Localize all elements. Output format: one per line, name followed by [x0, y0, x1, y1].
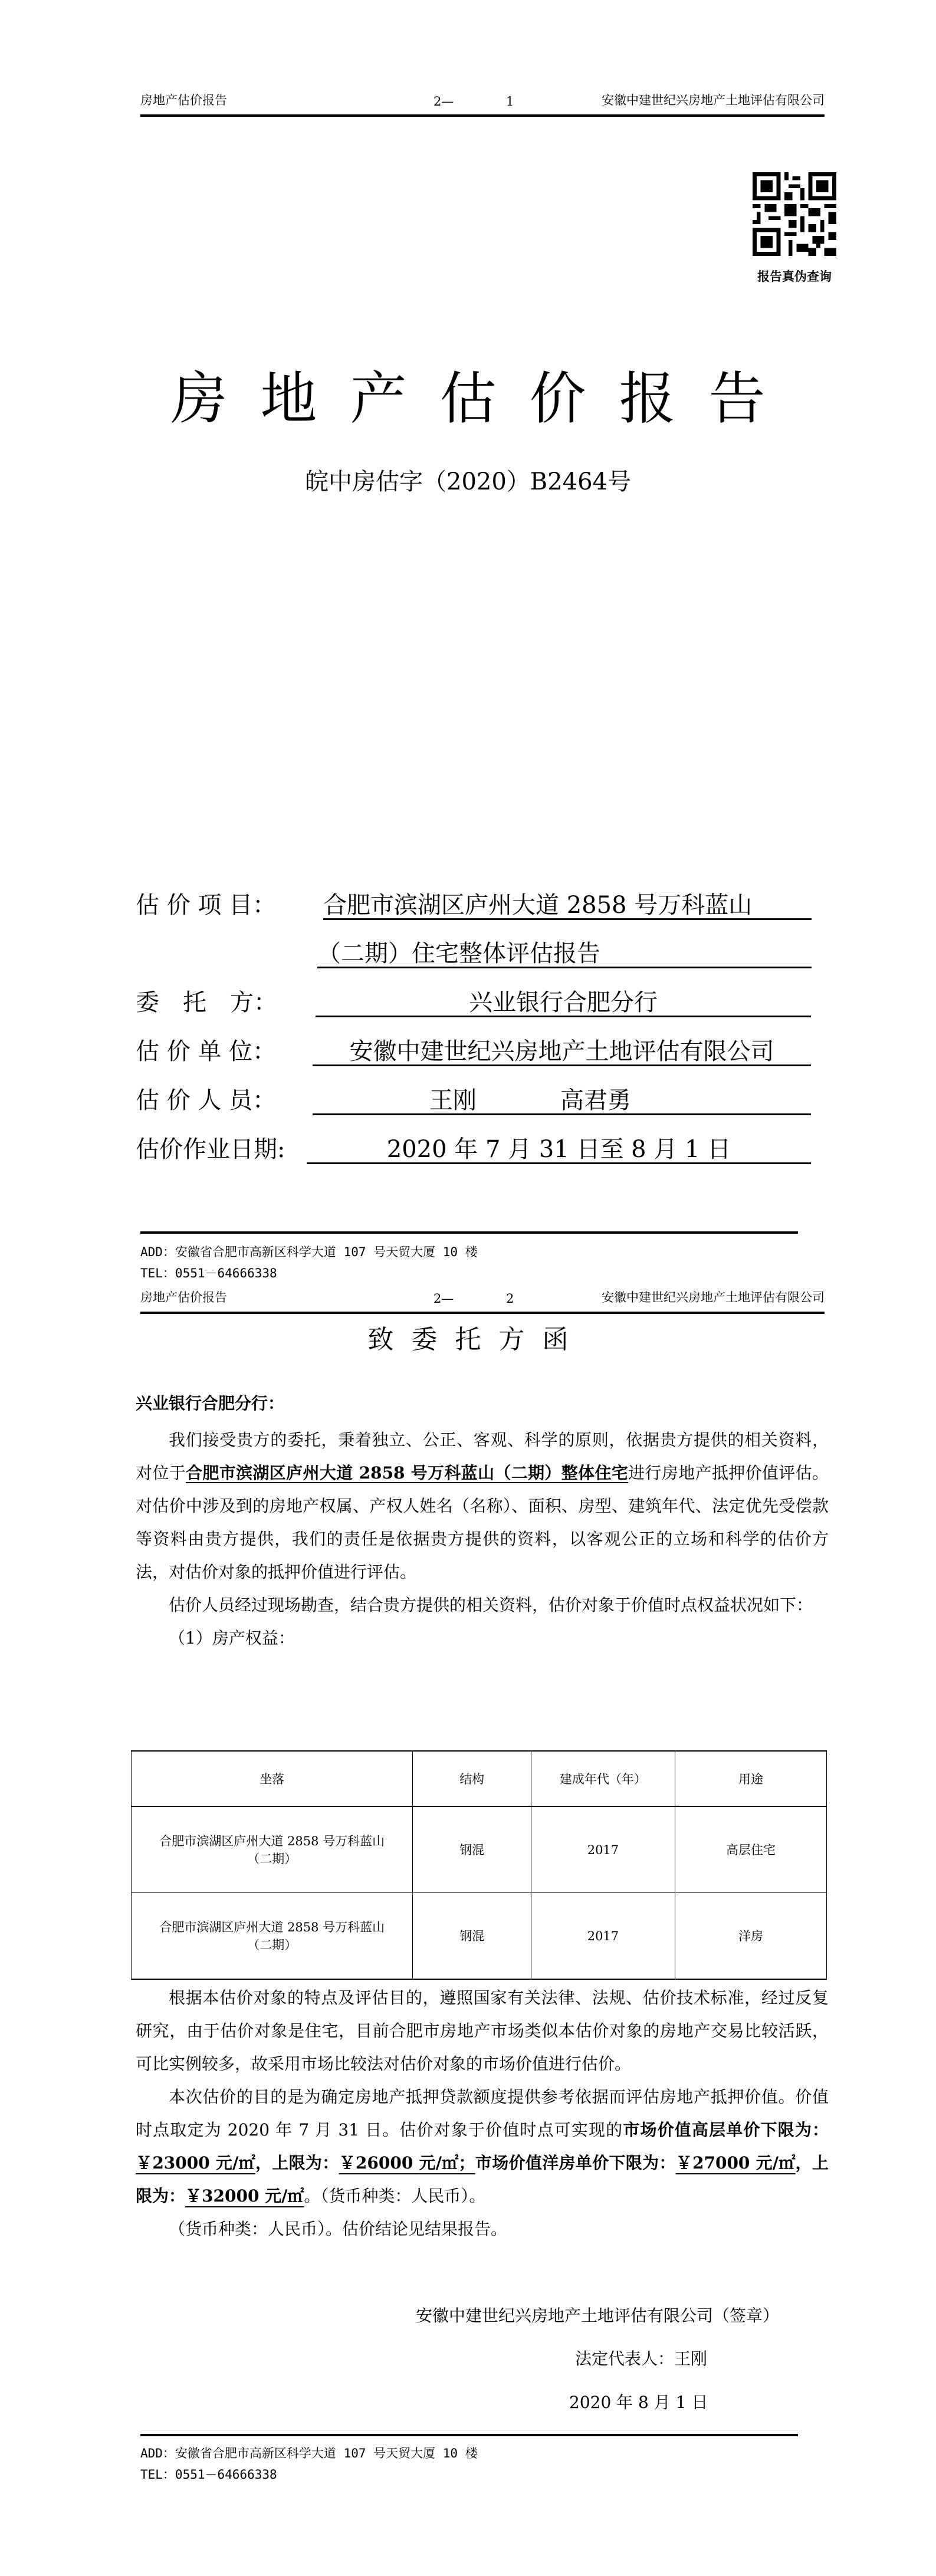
field-client-value: 兴业银行合肥分行 — [316, 984, 811, 1017]
field-work-date-value: 2020 年 7 月 31 日至 8 月 1 日 — [307, 1131, 811, 1164]
cell-location: 合肥市滨湖区庐州大道 2858 号万科蓝山（二期） — [132, 1893, 413, 1980]
cell-use: 洋房 — [675, 1893, 826, 1980]
appraiser-name-1: 王刚 — [429, 1082, 477, 1115]
cell-use: 高层住宅 — [675, 1806, 826, 1893]
cell-location: 合肥市滨湖区庐州大道 2858 号万科蓝山（二期） — [132, 1806, 413, 1893]
letter-body-top: 兴业银行合肥分行： 我们接受贵方的委托，秉着独立、公正、客观、科学的原则，依据贵… — [136, 1387, 829, 1655]
page2-footer-divider — [140, 2434, 798, 2436]
letter-body-bottom: 根据本估价对象的特点及评估目的，遵照国家有关法律、法规、估价技术标准，经过反复研… — [136, 1982, 829, 2246]
field-project-value-line2: （二期）住宅整体评估报告 — [317, 935, 812, 968]
header-page-number: 2 — [506, 1292, 514, 1306]
villa-upper-value: ￥32000 元/㎡ — [185, 2186, 304, 2206]
villa-lower-value: ￥27000 元/㎡ — [676, 2153, 796, 2173]
highrise-upper-label: ，上限为： — [255, 2153, 339, 2173]
cell-structure: 钢混 — [413, 1806, 531, 1893]
col-use: 用途 — [675, 1751, 826, 1806]
highrise-lower-value: ￥23000 元/㎡ — [136, 2153, 255, 2173]
table-row: 合肥市滨湖区庐州大道 2858 号万科蓝山（二期） 钢混 2017 高层住宅 — [132, 1806, 827, 1893]
field-project-value-line1: 合肥市滨湖区庐州大道 2858 号万科蓝山 — [323, 886, 812, 920]
col-structure: 结构 — [413, 1751, 531, 1806]
table-header-row: 坐落 结构 建成年代（年） 用途 — [132, 1751, 827, 1806]
field-appraisers: 估 价 人 员： 王刚 高君勇 — [136, 1082, 832, 1117]
field-project-label: 估 价 项 目： — [136, 886, 276, 920]
page1-footer: ADD：安徽省合肥市高新区科学大道 107 号天贸大厦 10 楼 TEL：055… — [140, 1241, 478, 1284]
page2-header: 房地产估价报告 2— 2 安徽中建世纪兴房地产土地评估有限公司 — [140, 1280, 825, 1314]
col-year: 建成年代（年） — [531, 1751, 675, 1806]
header-doc-type: 房地产估价报告 — [140, 1288, 227, 1306]
field-work-date: 估价作业日期: 2020 年 7 月 31 日至 8 月 1 日 — [136, 1131, 832, 1166]
appraiser-name-2: 高君勇 — [560, 1082, 631, 1115]
paragraph-1: 我们接受贵方的委托，秉着独立、公正、客观、科学的原则，依据贵方提供的相关资料，对… — [136, 1424, 829, 1589]
header-page-prefix: 2— — [433, 1292, 454, 1306]
location-line1: 合肥市滨湖区庐州大道 2858 号万科蓝山 — [132, 1832, 412, 1850]
highrise-lower-label: 市场价值高层单价下限为： — [623, 2120, 829, 2140]
page2-footer: ADD：安徽省合肥市高新区科学大道 107 号天贸大厦 10 楼 TEL：055… — [140, 2443, 478, 2485]
signature-date: 2020 年 8 月 1 日 — [569, 2390, 708, 2413]
cell-year: 2017 — [531, 1893, 675, 1980]
paragraph-5: （货币种类：人民币）。估价结论见结果报告。 — [136, 2213, 829, 2246]
header-page-prefix: 2— — [433, 94, 454, 109]
paragraph-3: 根据本估价对象的特点及评估目的，遵照国家有关法律、法规、估价技术标准，经过反复研… — [136, 1982, 829, 2081]
page1-header: 房地产估价报告 2— 1 安徽中建世纪兴房地产土地评估有限公司 — [140, 83, 825, 117]
letter-title: 致委托方函 — [0, 1318, 936, 1356]
col-location: 坐落 — [132, 1751, 413, 1806]
table-row: 合肥市滨湖区庐州大道 2858 号万科蓝山（二期） 钢混 2017 洋房 — [132, 1893, 827, 1980]
signature-legal-rep: 法定代表人：王刚 — [575, 2346, 707, 2370]
header-company: 安徽中建世纪兴房地产土地评估有限公司 — [602, 91, 825, 109]
footer-address: ADD：安徽省合肥市高新区科学大道 107 号天贸大厦 10 楼 — [140, 1241, 478, 1263]
field-appraiser-unit: 估 价 单 位： 安徽中建世纪兴房地产土地评估有限公司 — [136, 1033, 832, 1068]
property-rights-table: 坐落 结构 建成年代（年） 用途 合肥市滨湖区庐州大道 2858 号万科蓝山（二… — [131, 1750, 827, 1980]
signature-company: 安徽中建世纪兴房地产土地评估有限公司（签章） — [416, 2303, 779, 2327]
location-line2: （二期） — [132, 1850, 412, 1868]
header-company: 安徽中建世纪兴房地产土地评估有限公司 — [602, 1288, 825, 1306]
field-work-date-label: 估价作业日期: — [136, 1131, 285, 1164]
footer-address: ADD：安徽省合肥市高新区科学大道 107 号天贸大厦 10 楼 — [140, 2443, 478, 2464]
report-title: 房地产估价报告 — [0, 354, 936, 435]
header-page-number: 1 — [506, 94, 514, 109]
field-client-label: 委 托 方： — [136, 984, 277, 1017]
salutation: 兴业银行合肥分行： — [136, 1387, 829, 1420]
currency-note: 。（货币种类：人民币）。 — [304, 2186, 485, 2206]
paragraph-4: 本次估价的目的是为确定房地产抵押贷款额度提供参考依据而评估房地产抵押价值。价值时… — [136, 2081, 829, 2213]
location-line2: （二期） — [132, 1936, 412, 1954]
rights-heading: （1）房产权益： — [136, 1622, 829, 1655]
qr-verify-label: 报告真伪查询 — [751, 267, 838, 285]
header-doc-type: 房地产估价报告 — [140, 91, 227, 109]
qr-code-icon[interactable] — [751, 172, 838, 256]
villa-lower-label: 市场价值洋房单价下限为： — [475, 2153, 676, 2173]
footer-tel: TEL：0551－64666338 — [140, 2464, 478, 2485]
field-client: 委 托 方： 兴业银行合肥分行 — [136, 984, 832, 1019]
field-appraisers-value: 王刚 高君勇 — [313, 1082, 811, 1115]
field-appraiser-unit-label: 估 价 单 位： — [136, 1033, 276, 1066]
cell-structure: 钢混 — [413, 1893, 531, 1980]
field-appraisers-label: 估 价 人 员： — [136, 1082, 276, 1115]
field-appraiser-unit-value: 安徽中建世纪兴房地产土地评估有限公司 — [313, 1033, 811, 1066]
appraisal-subject: 合肥市滨湖区庐州大道 2858 号万科蓝山（二期）整体住宅 — [186, 1463, 628, 1483]
field-project: 估 价 项 目： 合肥市滨湖区庐州大道 2858 号万科蓝山 — [136, 886, 832, 922]
page1-footer-divider — [140, 1231, 798, 1234]
location-line1: 合肥市滨湖区庐州大道 2858 号万科蓝山 — [132, 1918, 412, 1936]
field-project-cont: （二期）住宅整体评估报告 — [136, 935, 832, 970]
highrise-upper-value: ￥26000 元/㎡； — [339, 2153, 475, 2173]
cell-year: 2017 — [531, 1806, 675, 1893]
paragraph-2: 估价人员经过现场勘查，结合贵方提供的相关资料，估价对象于价值时点权益状况如下： — [136, 1589, 829, 1622]
report-number: 皖中房估字（2020）B2464号 — [0, 463, 936, 497]
